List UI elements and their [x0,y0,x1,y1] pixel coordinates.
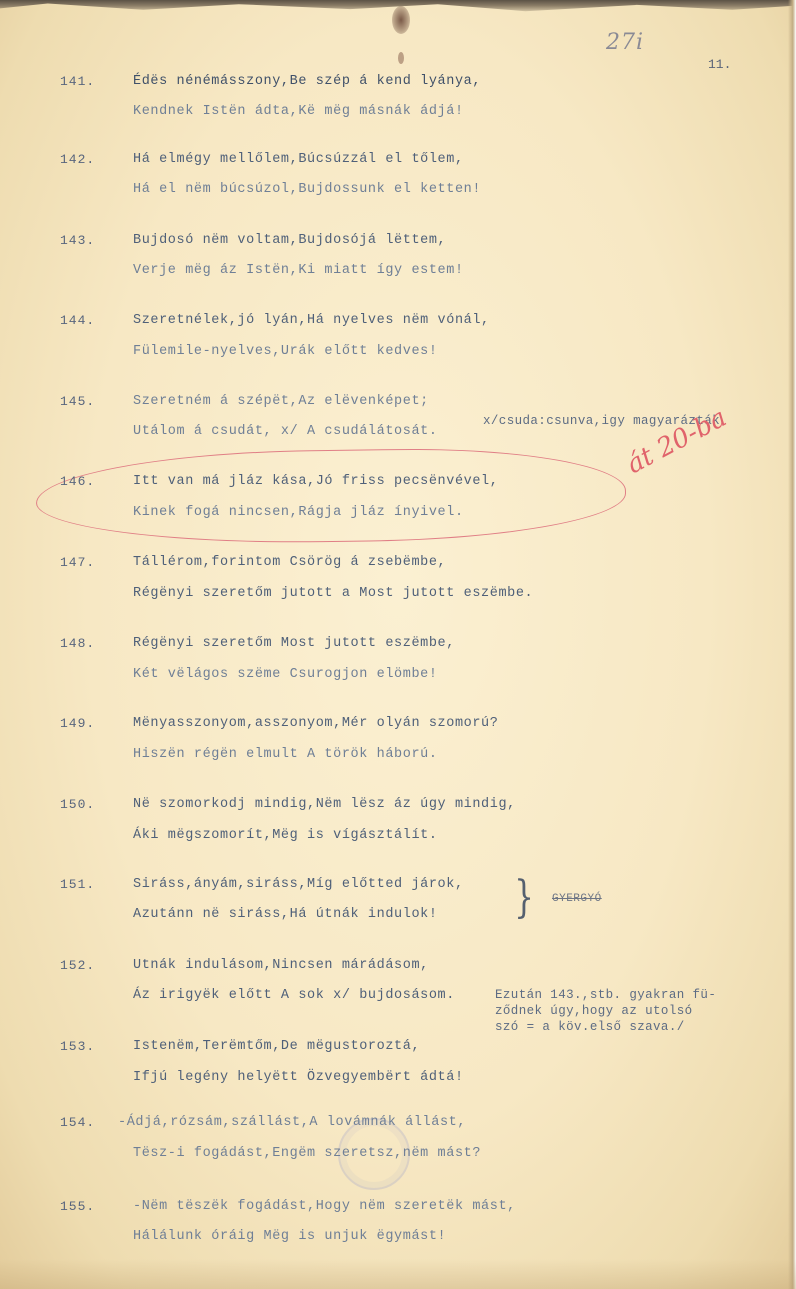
verse-line: Két vëlágos szëme Csurogjon elömbe! [133,667,438,682]
ink-stain [392,6,410,34]
verse-number: 153. [60,1039,95,1054]
verse-number: 154. [60,1115,95,1130]
verse-line: Mënyasszonyom,asszonyom,Mér olyán szomor… [133,716,498,731]
verse-number: 145. [60,394,95,409]
verse-line: Kinek fogá nincsen,Rágja jláz ínyivel. [133,505,464,520]
verse-line: Áki mëgszomorít,Mëg is vígásztálít. [133,828,438,843]
verse-line: Szeretném á szépët,Az elëvenképet; [133,394,429,409]
verse-line: Në szomorkodj mindig,Nëm lësz áz úgy min… [133,797,516,812]
footnote-line: Ezután 143.,stb. gyakran fü- [495,988,716,1002]
verse-number: 150. [60,797,95,812]
verse-line: Szeretnélek,jó lyán,Há nyelves nëm vónál… [133,313,490,328]
verse-line: -Ádjá,rózsám,szállást,A lovámnák állást, [118,1115,466,1130]
verse-line: -Nëm tëszëk fogádást,Hogy nëm szeretëk m… [133,1199,516,1214]
footnote-line: szó = a köv.első szava./ [495,1020,685,1034]
footnote-line: ződnek úgy,hogy az utolsó [495,1004,693,1018]
verse-line: Fülemile-nyelves,Urák előtt kedves! [133,344,438,359]
page-bottom-shade [0,1259,796,1289]
verse-number: 146. [60,474,95,489]
verse-number: 152. [60,958,95,973]
verse-line: Siráss,ányám,siráss,Míg előtted járok, [133,877,464,892]
verse-number: 141. [60,74,95,89]
verse-line: Azutánn në siráss,Há útnák indulok! [133,907,438,922]
page-number: 11. [708,57,731,72]
curly-brace-mark: } [514,876,534,920]
verse-line: Hálálunk óráig Mëg is unjuk ëgymást! [133,1229,446,1244]
verse-line: Régënyi szeretőm Most jutott eszëmbe, [133,636,455,651]
page-right-edge [788,0,796,1289]
verse-line: Há elmégy mellőlem,Búcsúzzál el tőlem, [133,152,464,167]
verse-line: Itt van má jláz kása,Jó friss pecsënvéve… [133,474,498,489]
verse-line: Kendnek Istën ádta,Kë mëg másnák ádjá! [133,104,464,119]
red-pencil-circle [35,446,626,546]
verse-number: 142. [60,152,95,167]
verse-number: 151. [60,877,95,892]
verse-number: 149. [60,716,95,731]
verse-number: 148. [60,636,95,651]
verse-line: Bujdosó nëm voltam,Bujdosójá lëttem, [133,233,446,248]
verse-line: Tállérom,forintom Csörög á zsebëmbe, [133,555,446,570]
verse-line: Tësz-i fogádást,Engëm szeretsz,nëm mást? [133,1146,481,1161]
verse-line: Há el nëm búcsúzol,Bujdossunk el ketten! [133,182,481,197]
verse-line: Édës nénémásszony,Be szép á kend lyánya, [133,74,481,89]
verse-line: Áz irigyëk előtt A sok x/ bujdosásom. [133,988,455,1003]
struck-through-name: GYERGYÓ [552,893,602,905]
handwritten-folio-number: 27i [606,30,644,55]
verse-line: Verje mëg áz Istën,Ki miatt így estem! [133,263,464,278]
typewritten-document-page: 27i 11. 141. Édës nénémásszony,Be szép á… [0,0,796,1289]
verse-number: 144. [60,313,95,328]
verse-line: Ifjú legény helyëtt Özvegyembërt ádtá! [133,1070,464,1085]
verse-line: Istenëm,Terëmtőm,De mëgustoroztá, [133,1039,420,1054]
verse-line: Régënyi szeretőm jutott a Most jutott es… [133,586,533,601]
verse-line: Hiszën régën elmult A török háború. [133,747,438,762]
verse-number: 155. [60,1199,95,1214]
verse-line: Utnák indulásom,Nincsen márádásom, [133,958,429,973]
verse-number: 143. [60,233,95,248]
ink-stain-drip [398,52,404,64]
verse-number: 147. [60,555,95,570]
verse-line: Utálom á csudát, x/ A csudálátosát. [133,424,438,439]
